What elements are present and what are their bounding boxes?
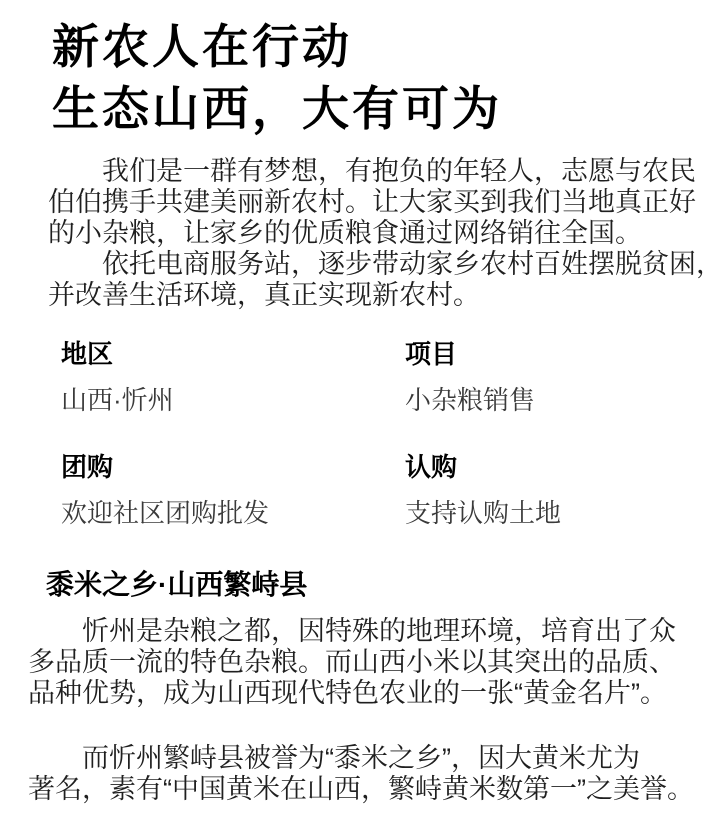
project-value: 小杂粮销售 [405, 385, 695, 415]
groupbuy-label: 团购 [61, 452, 405, 482]
title-line-2: 生态山西，大有可为 [52, 78, 695, 140]
text-line: 品种优势，成为山西现代特色农业的一张“黄金名片”。 [28, 678, 719, 709]
info-cell-groupbuy: 团购 欢迎社区团购批发 [61, 452, 405, 528]
title-line-1: 新农人在行动 [52, 16, 695, 78]
text-line: 并改善生活环境，真正实现新农村。 [48, 280, 695, 311]
region-label: 地区 [61, 339, 405, 369]
subscribe-value: 支持认购土地 [405, 498, 695, 528]
intro-paragraph-1: 我们是一群有梦想，有抱负的年轻人，志愿与农民 伯伯携手共建美丽新农村。让大家买到… [48, 156, 695, 249]
county-paragraph-1: 忻州是杂粮之都，因特殊的地理环境，培育出了众 多品质一流的特色杂粮。而山西小米以… [28, 616, 719, 709]
info-grid: 地区 山西·忻州 项目 小杂粮销售 团购 欢迎社区团购批发 认购 支持认购土地 [61, 339, 695, 528]
info-cell-project: 项目 小杂粮销售 [405, 339, 695, 415]
text-line: 忻州是杂粮之都，因特殊的地理环境，培育出了众 [28, 616, 719, 647]
region-value: 山西·忻州 [61, 385, 405, 415]
product-description-page: 新农人在行动 生态山西，大有可为 我们是一群有梦想，有抱负的年轻人，志愿与农民 … [0, 0, 719, 827]
text-line: 依托电商服务站，逐步带动家乡农村百姓摆脱贫困， [48, 249, 695, 280]
project-label: 项目 [405, 339, 695, 369]
page-title: 新农人在行动 生态山西，大有可为 [52, 16, 695, 140]
text-line: 著名，素有“中国黄米在山西，繁峙黄米数第一”之美誉。 [28, 774, 719, 805]
county-section: 黍米之乡·山西繁峙县 忻州是杂粮之都，因特殊的地理环境，培育出了众 多品质一流的… [46, 568, 695, 805]
text-line: 而忻州繁峙县被誉为“黍米之乡”，因大黄米尤为 [28, 743, 719, 774]
section-heading: 黍米之乡·山西繁峙县 [46, 568, 695, 602]
subscribe-label: 认购 [405, 452, 695, 482]
text-line: 多品质一流的特色杂粮。而山西小米以其突出的品质、 [28, 647, 719, 678]
groupbuy-value: 欢迎社区团购批发 [61, 498, 405, 528]
intro-paragraph-2: 依托电商服务站，逐步带动家乡农村百姓摆脱贫困， 并改善生活环境，真正实现新农村。 [48, 249, 695, 311]
info-cell-region: 地区 山西·忻州 [61, 339, 405, 415]
text-line: 我们是一群有梦想，有抱负的年轻人，志愿与农民 [48, 156, 695, 187]
info-cell-subscribe: 认购 支持认购土地 [405, 452, 695, 528]
text-line: 的小杂粮，让家乡的优质粮食通过网络销往全国。 [48, 218, 695, 249]
county-paragraph-2: 而忻州繁峙县被誉为“黍米之乡”，因大黄米尤为 著名，素有“中国黄米在山西，繁峙黄… [28, 743, 719, 805]
text-line: 伯伯携手共建美丽新农村。让大家买到我们当地真正好 [48, 187, 695, 218]
intro-section: 我们是一群有梦想，有抱负的年轻人，志愿与农民 伯伯携手共建美丽新农村。让大家买到… [46, 156, 695, 311]
